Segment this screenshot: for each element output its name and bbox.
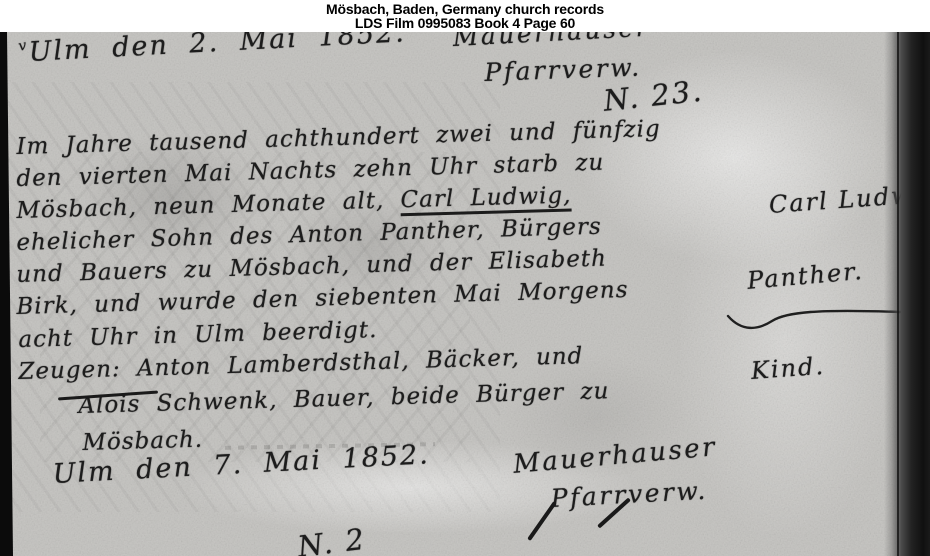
page-edge-left	[0, 32, 14, 556]
record-number: N. 23.	[602, 76, 705, 116]
margin-flourish-line	[726, 304, 902, 334]
document-scan-page: Mösbach, Baden, Germany church records L…	[0, 0, 930, 556]
pastor-signature-bottom: Mauerhauser	[512, 432, 718, 480]
pastor-signature-top: Mauerhauser	[452, 32, 651, 53]
margin-note-surname: Panther.	[746, 256, 865, 296]
pastor-title-bottom: Pfarrverw.	[550, 476, 708, 514]
ink-stroke	[527, 501, 557, 541]
page-binding-edge-right	[884, 32, 930, 556]
caption-source: LDS Film 0995083 Book 4 Page 60	[0, 16, 930, 30]
caption-header: Mösbach, Baden, Germany church records L…	[0, 0, 930, 32]
entry-date-top: Ulm den 2. Mai 1852.	[28, 32, 406, 68]
page-edge-line	[897, 32, 899, 556]
caption-title: Mösbach, Baden, Germany church records	[0, 2, 930, 16]
next-record-number-partial: N. 2	[296, 524, 368, 556]
scanned-record-image: v Ulm den 2. Mai 1852. Mauerhauser Pfarr…	[0, 32, 930, 556]
margin-note-kind: Kind.	[750, 351, 826, 386]
underlined-name: Carl Ludwig,	[400, 182, 572, 216]
